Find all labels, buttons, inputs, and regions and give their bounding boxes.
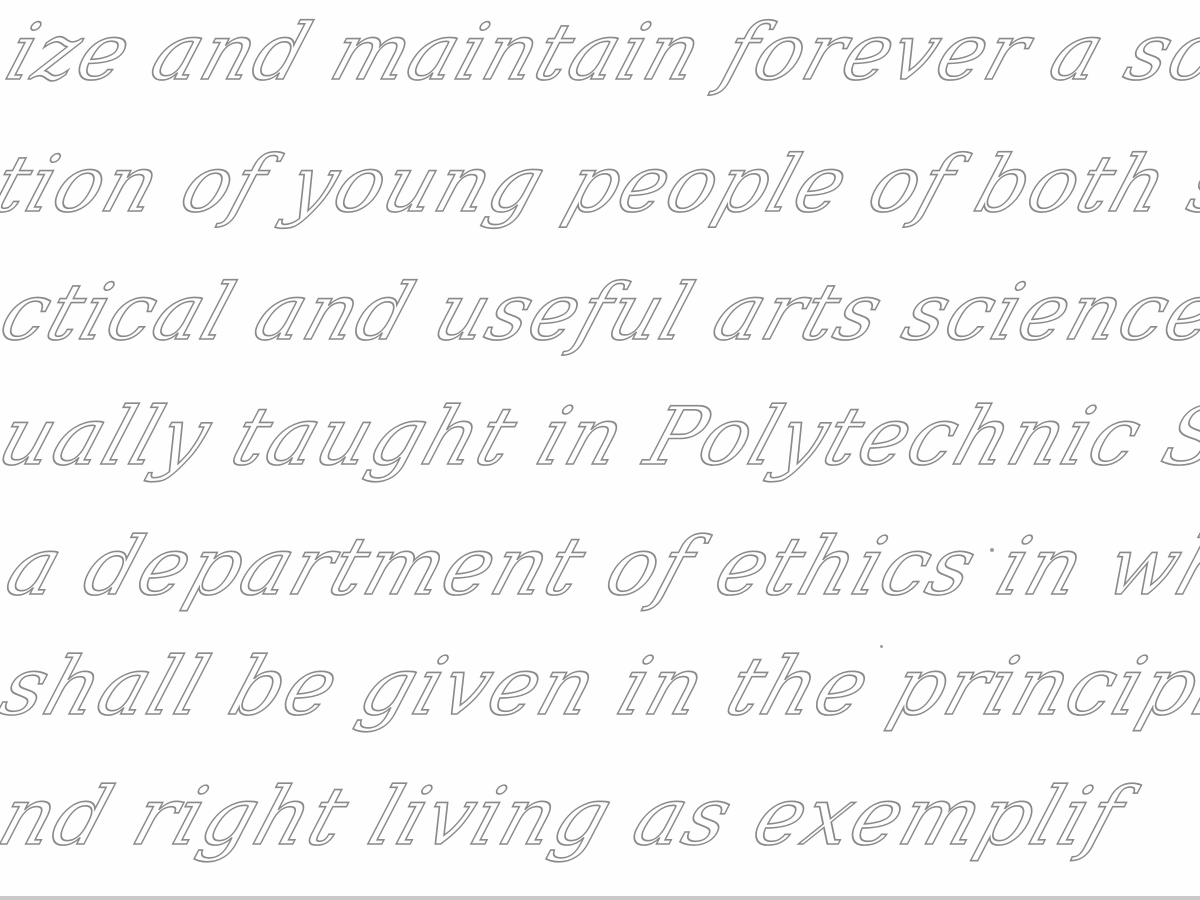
handwritten-line-1: ize and maintain forever a sc <box>0 8 1200 98</box>
handwritten-line-3: ctical and useful arts sciences <box>0 268 1200 358</box>
handwritten-line-6: shall be given in the principles <box>0 640 1200 733</box>
handwritten-line-5: a department of ethics in wh <box>0 520 1200 613</box>
page-bottom-edge <box>0 896 1200 900</box>
handwritten-line-2: tion of young people of both sexes <box>0 140 1200 230</box>
ink-dot <box>880 645 883 648</box>
handwritten-line-7: nd right living as exemplif <box>0 770 1136 863</box>
ink-dot <box>990 548 994 552</box>
scanned-handwritten-page: ize and maintain forever a sc tion of yo… <box>0 0 1200 900</box>
handwritten-line-4: ually taught in Polytechnic Sch <box>0 390 1200 483</box>
